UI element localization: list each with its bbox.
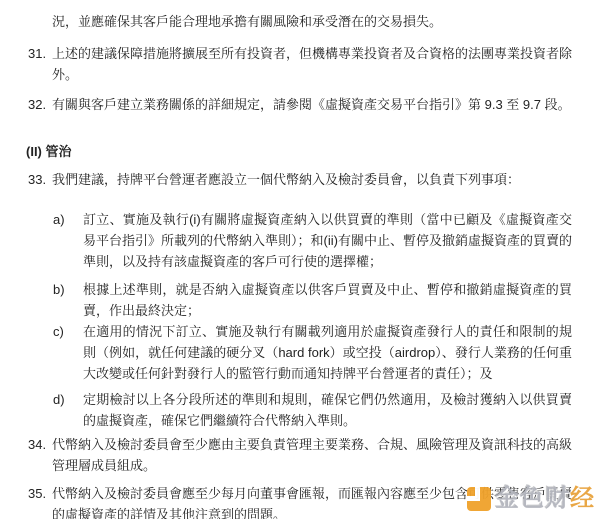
watermark-text-accent: 经 [570, 485, 595, 512]
document-page: 況，並應確保其客戶能合理地承擔有關風險和承受潛在的交易損失。 31. 上述的建議… [0, 0, 600, 519]
item-number: 32. [28, 94, 52, 115]
numbered-item-34: 34. 代幣納入及檢討委員會至少應由主要負責管理主要業務、合規、風險管理及資訊科… [28, 434, 572, 476]
sub-item-text: 訂立、實施及執行(i)有關將虛擬資產納入以供買賣的準則（當中已顧及《虛擬資產交易… [83, 209, 572, 272]
item-number: 35. [28, 483, 52, 519]
watermark-text: 金色财经 [495, 486, 595, 512]
item-number: 34. [28, 434, 52, 476]
sub-item-text: 在適用的情況下訂立、實施及執行有關載列適用於虛擬資產發行人的責任和限制的規則（例… [83, 321, 572, 384]
sub-item-text: 定期檢討以上各分段所述的準則和規則，確保它們仍然適用，及檢討獲納入以供買賣的虛擬… [83, 389, 572, 431]
item-text: 上述的建議保障措施將擴展至所有投資者，但機構專業投資者及合資格的法團專業投資者除… [52, 43, 572, 85]
item-number: 31. [28, 43, 52, 85]
numbered-item-32: 32. 有關與客戶建立業務關係的詳細規定，請參閱《虛擬資產交易平台指引》第 9.… [28, 94, 572, 115]
item-number: 33. [28, 169, 52, 190]
sub-item-text: 根據上述準則，就是否納入虛擬資產以供客戶買賣及中止、暫停和撤銷虛擬資產的買賣，作… [83, 279, 572, 321]
watermark-jinse-finance: 金色财经 [467, 486, 595, 512]
section-header-governance: (II) 管治 [26, 141, 572, 162]
sub-item-a: a) 訂立、實施及執行(i)有關將虛擬資產納入以供買賣的準則（當中已顧及《虛擬資… [53, 209, 572, 272]
sub-item-label: a) [53, 209, 83, 272]
sub-item-c: c) 在適用的情況下訂立、實施及執行有關載列適用於虛擬資產發行人的責任和限制的規… [53, 321, 572, 384]
sub-item-b: b) 根據上述準則，就是否納入虛擬資產以供客戶買賣及中止、暫停和撤銷虛擬資產的買… [53, 279, 572, 321]
numbered-item-33: 33. 我們建議，持牌平台營運者應設立一個代幣納入及檢討委員會，以負責下列事項： [28, 169, 572, 190]
item-text: 代幣納入及檢討委員會至少應由主要負責管理主要業務、合規、風險管理及資訊科技的高級… [52, 434, 572, 476]
numbered-item-31: 31. 上述的建議保障措施將擴展至所有投資者，但機構專業投資者及合資格的法團專業… [28, 43, 572, 85]
sub-item-label: b) [53, 279, 83, 321]
item-text: 我們建議，持牌平台營運者應設立一個代幣納入及檢討委員會，以負責下列事項： [52, 169, 572, 190]
paragraph-intro-continuation: 況，並應確保其客戶能合理地承擔有關風險和承受潛在的交易損失。 [52, 11, 572, 32]
jinse-logo-icon [467, 487, 491, 511]
sub-item-d: d) 定期檢討以上各分段所述的準則和規則，確保它們仍然適用，及檢討獲納入以供買賣… [53, 389, 572, 431]
item-text: 有關與客戶建立業務關係的詳細規定，請參閱《虛擬資產交易平台指引》第 9.3 至 … [52, 94, 572, 115]
sub-item-label: c) [53, 321, 83, 384]
sub-item-label: d) [53, 389, 83, 431]
watermark-text-main: 金色财 [495, 485, 570, 512]
